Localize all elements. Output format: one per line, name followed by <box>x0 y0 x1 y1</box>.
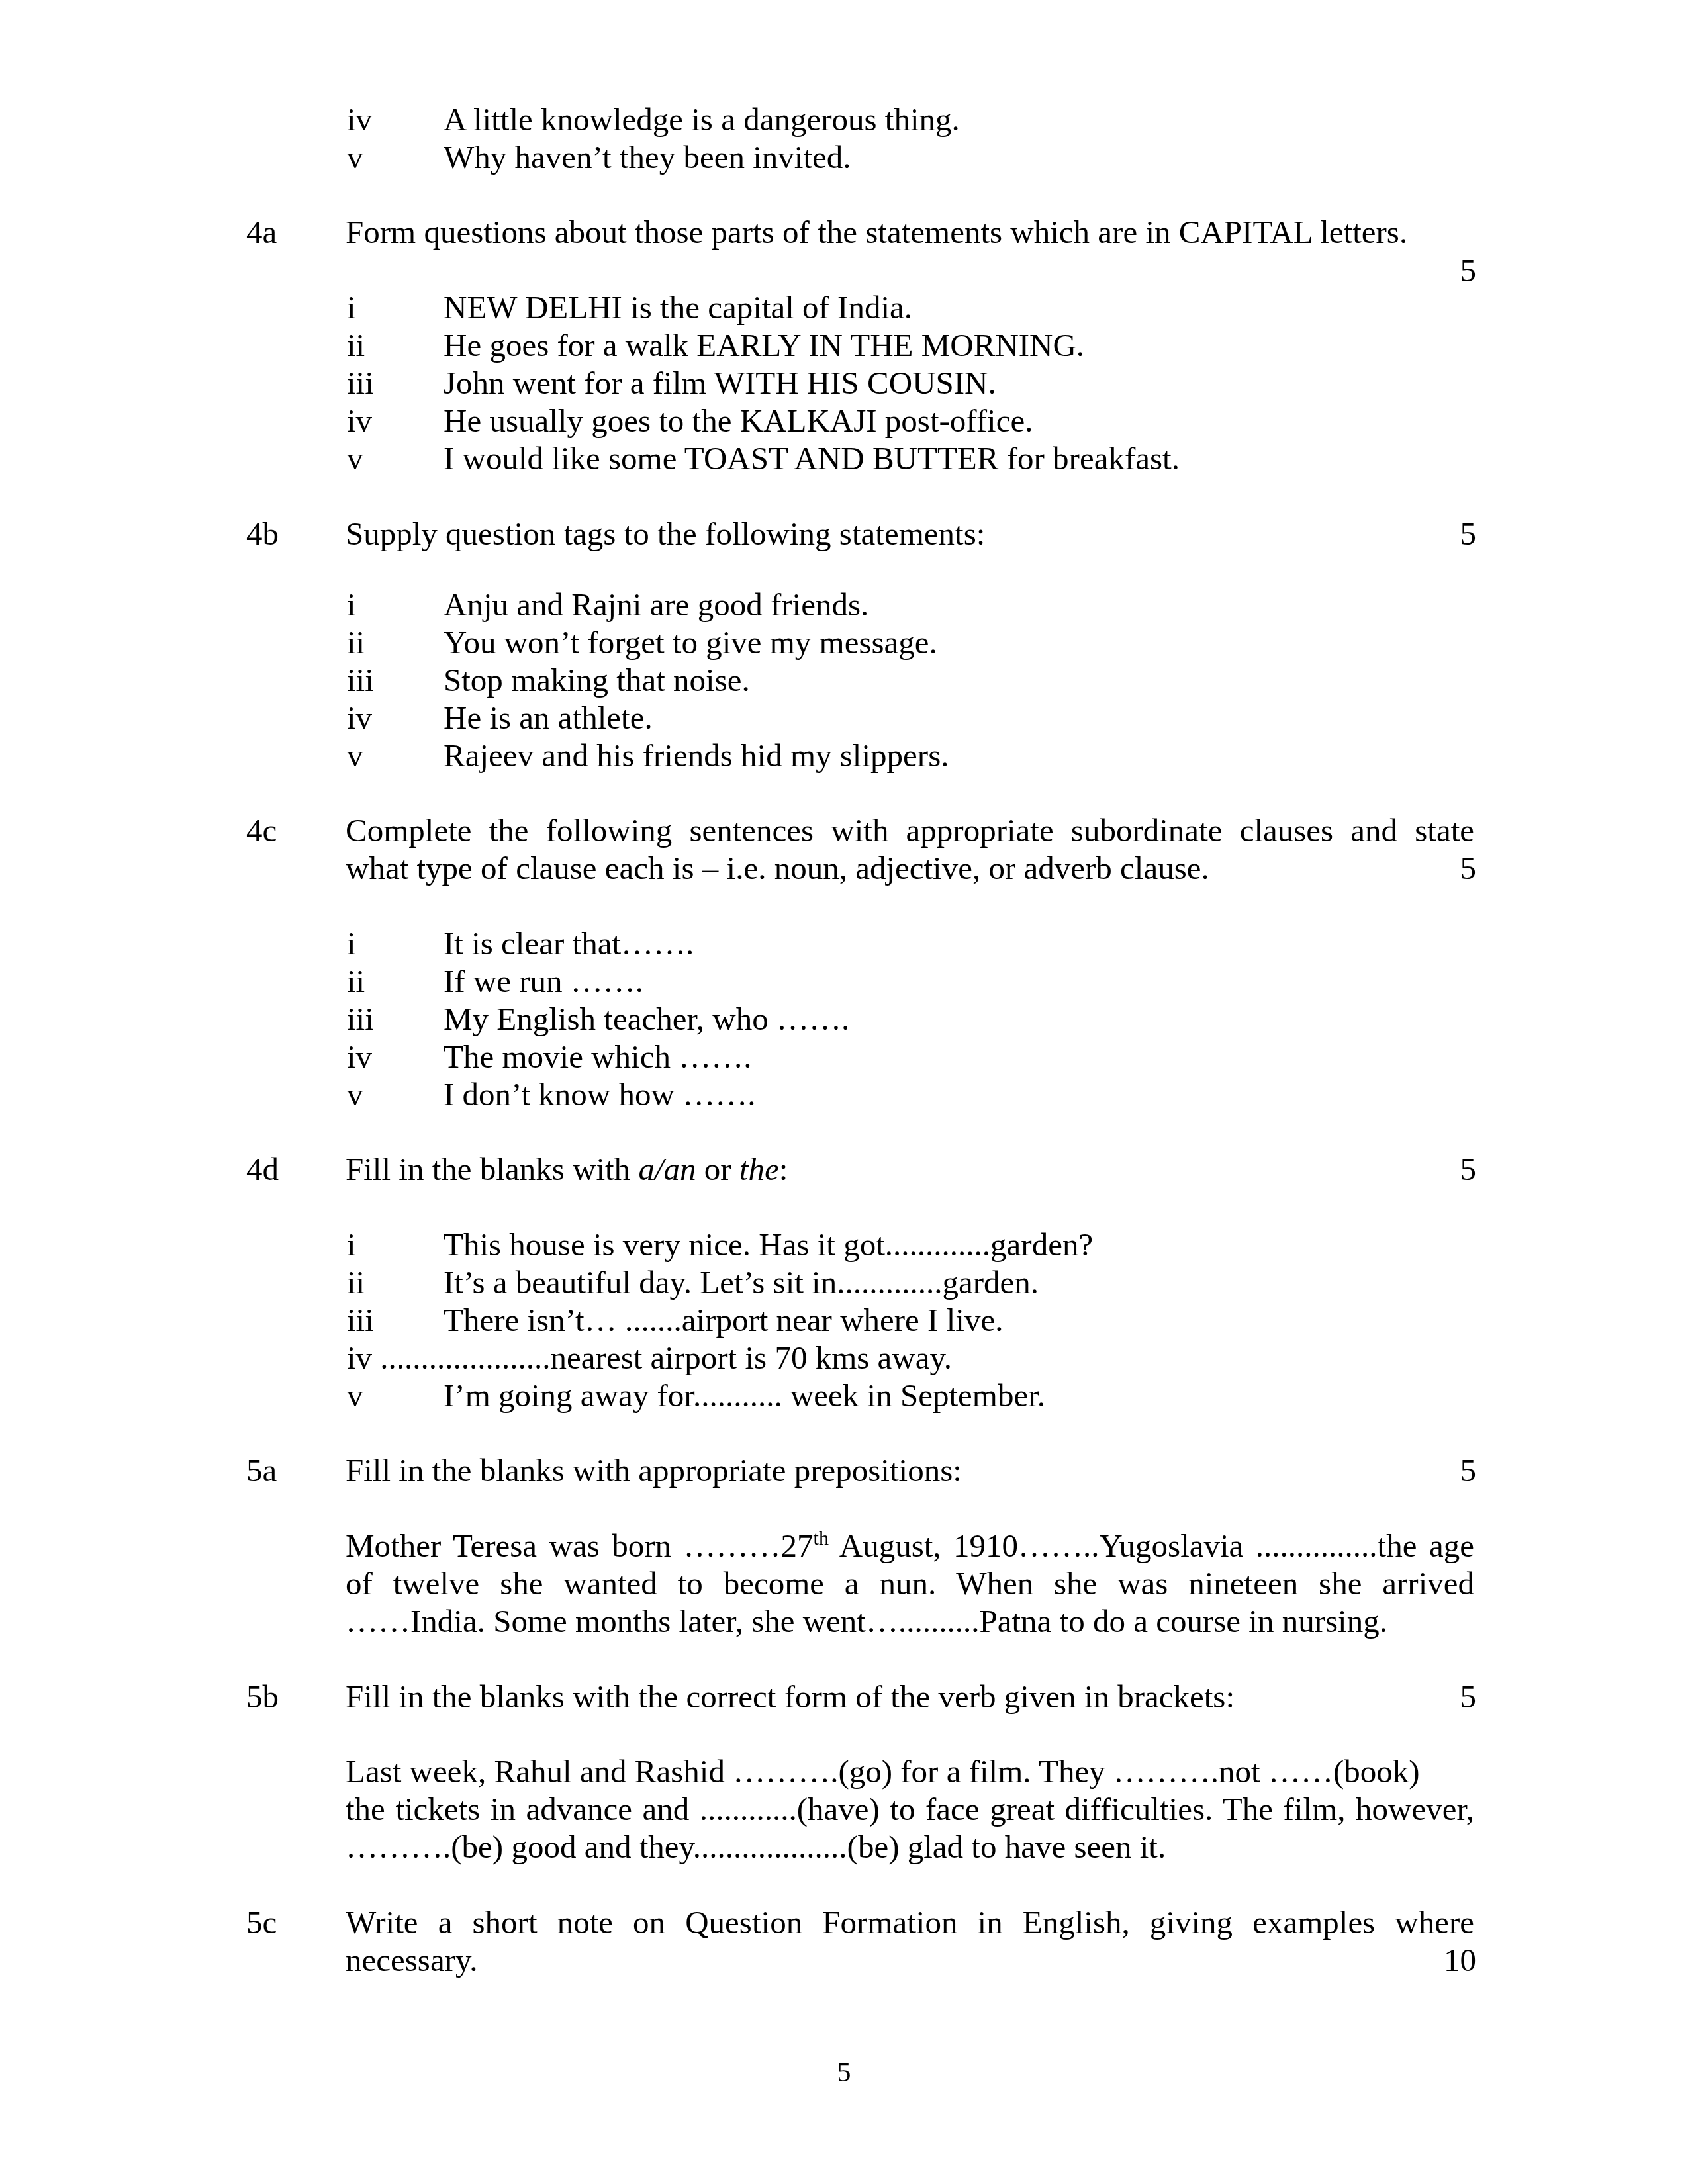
question-prompt-line-1: Complete the following sentences with ap… <box>346 811 1474 849</box>
item-number: v <box>347 439 363 477</box>
paragraph-text: August, 1910……..Yugoslavia .............… <box>829 1527 1474 1564</box>
prompt-italic-a-an: a/an <box>638 1151 696 1187</box>
question-label: 5b <box>246 1678 279 1715</box>
item-number: i <box>347 1226 356 1263</box>
paragraph-line-3: ……India. Some months later, she went…...… <box>346 1602 1387 1640</box>
prompt-text: Fill in the blanks with <box>346 1151 638 1187</box>
paragraph-line-1: Last week, Rahul and Rashid ……….(go) for… <box>346 1752 1420 1790</box>
question-prompt-line-2: necessary. <box>346 1941 478 1979</box>
paragraph-line-3: ……….(be) good and they..................… <box>346 1828 1166 1866</box>
question-marks: 5 <box>1460 251 1477 289</box>
item-number: iv <box>347 402 372 439</box>
item-text: A little knowledge is a dangerous thing. <box>444 101 960 138</box>
prompt-text: or <box>696 1151 739 1187</box>
item-text: It is clear that……. <box>444 925 694 962</box>
item-number: iv <box>347 1038 372 1075</box>
question-label: 4d <box>246 1150 279 1188</box>
question-prompt: Supply question tags to the following st… <box>346 515 985 553</box>
item-text: He usually goes to the KALKAJI post-offi… <box>444 402 1033 439</box>
item-number: iii <box>347 364 374 402</box>
question-label: 5c <box>246 1903 277 1941</box>
item-number: iv <box>347 101 372 138</box>
item-text: It’s a beautiful day. Let’s sit in......… <box>444 1263 1039 1301</box>
item-number: ii <box>347 326 365 364</box>
item-text: NEW DELHI is the capital of India. <box>444 289 912 326</box>
item-text: If we run ……. <box>444 962 643 1000</box>
question-marks: 5 <box>1460 1451 1477 1489</box>
item-number: iii <box>347 1000 374 1038</box>
question-prompt: Fill in the blanks with the correct form… <box>346 1678 1235 1715</box>
item-number: i <box>347 925 356 962</box>
item-number: v <box>347 1075 363 1113</box>
ordinal-suffix: th <box>814 1527 829 1549</box>
question-marks: 5 <box>1460 849 1477 887</box>
question-prompt: Fill in the blanks with appropriate prep… <box>346 1451 962 1489</box>
item-text: The movie which ……. <box>444 1038 751 1075</box>
item-text-with-number: iv .....................nearest airport … <box>347 1339 952 1377</box>
question-marks: 5 <box>1460 1150 1477 1188</box>
item-number: i <box>347 586 356 623</box>
paragraph-line-2: of twelve she wanted to become a nun. Wh… <box>346 1565 1474 1602</box>
item-number: v <box>347 1377 363 1414</box>
question-label: 4c <box>246 811 277 849</box>
prompt-italic-the: the <box>739 1151 779 1187</box>
question-marks: 5 <box>1460 515 1477 553</box>
item-text: I would like some TOAST AND BUTTER for b… <box>444 439 1180 477</box>
item-text: I’m going away for........... week in Se… <box>444 1377 1045 1414</box>
question-label: 5a <box>246 1451 277 1489</box>
item-number: ii <box>347 1263 365 1301</box>
item-number: v <box>347 737 363 774</box>
item-number: iii <box>347 1301 374 1339</box>
item-text: Stop making that noise. <box>444 661 750 699</box>
question-label: 4a <box>246 213 277 251</box>
item-number: iii <box>347 661 374 699</box>
item-text: John went for a film WITH HIS COUSIN. <box>444 364 996 402</box>
item-number: iv <box>347 699 372 737</box>
question-marks: 10 <box>1444 1941 1476 1979</box>
paragraph-line-1: Mother Teresa was born ………27th August, 1… <box>346 1527 1474 1565</box>
item-text: Anju and Rajni are good friends. <box>444 586 868 623</box>
exam-page: iv A little knowledge is a dangerous thi… <box>0 0 1688 2184</box>
question-prompt-line-1: Write a short note on Question Formation… <box>346 1903 1474 1941</box>
paragraph-line-2: the tickets in advance and ............(… <box>346 1790 1474 1828</box>
item-number: v <box>347 138 363 176</box>
question-prompt-line-2: what type of clause each is – i.e. noun,… <box>346 849 1209 887</box>
item-text: I don’t know how ……. <box>444 1075 755 1113</box>
question-prompt: Fill in the blanks with a/an or the: <box>346 1150 788 1188</box>
paragraph-text: Mother Teresa was born ………27 <box>346 1527 814 1564</box>
item-number: ii <box>347 962 365 1000</box>
item-text: He goes for a walk EARLY IN THE MORNING. <box>444 326 1084 364</box>
prompt-text: : <box>779 1151 788 1187</box>
item-number: ii <box>347 623 365 661</box>
item-text: Rajeev and his friends hid my slippers. <box>444 737 949 774</box>
question-marks: 5 <box>1460 1678 1477 1715</box>
item-text: Why haven’t they been invited. <box>444 138 851 176</box>
item-text: My English teacher, who ……. <box>444 1000 849 1038</box>
item-text: You won’t forget to give my message. <box>444 623 937 661</box>
item-number: i <box>347 289 356 326</box>
item-text: There isn’t… .......airport near where I… <box>444 1301 1003 1339</box>
question-prompt: Form questions about those parts of the … <box>346 213 1407 251</box>
question-label: 4b <box>246 515 279 553</box>
item-text: This house is very nice. Has it got.....… <box>444 1226 1093 1263</box>
page-number: 5 <box>0 2054 1688 2092</box>
item-text: He is an athlete. <box>444 699 653 737</box>
